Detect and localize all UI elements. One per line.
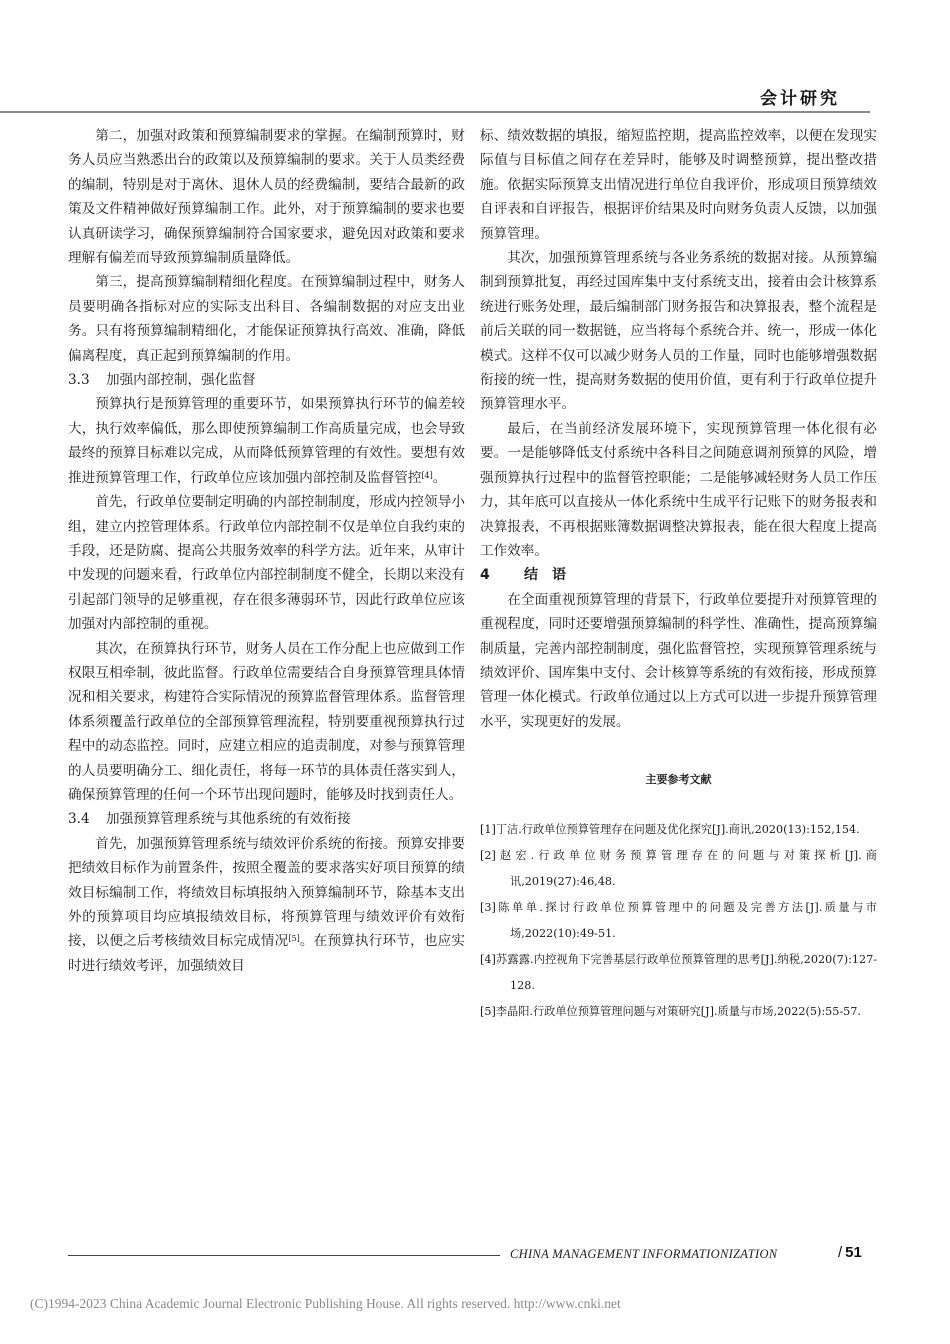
reference-item: [4]苏露露.内控视角下完善基层行政单位预算管理的思考[J].纳税,2020(7… [480,947,877,999]
section-heading-3-3: 3.3加强内部控制，强化监督 [68,368,465,392]
section-title: 结 语 [524,567,566,583]
paragraph: 标、绩效数据的填报，缩短监控期，提高监控效率，以便在发现实际值与目标值之间存在差… [480,124,877,246]
paragraph: 首先，行政单位要制定明确的内部控制制度，形成内控领导小组，建立内控管理体系。行政… [68,490,465,636]
right-column: 标、绩效数据的填报，缩短监控期，提高监控效率，以便在发现实际值与目标值之间存在差… [480,124,877,1025]
reference-item: [2]赵宏.行政单位财务预算管理存在的问题与对策探析[J].商讯,2019(27… [480,843,877,895]
journal-name: CHINA MANAGEMENT INFORMATIONIZATION [510,1247,777,1262]
section-number: 3.4 [68,807,106,831]
section-heading-3-4: 3.4加强预算管理系统与其他系统的有效衔接 [68,807,465,831]
left-column: 第二，加强对政策和预算编制要求的掌握。在编制预算时，财务人员应当熟悉出台的政策以… [68,124,465,978]
separator-bar: / [838,1244,842,1261]
copyright-notice: (C)1994-2023 China Academic Journal Elec… [30,1296,621,1312]
paragraph: 在全面重视预算管理的背景下，行政单位要提升对预算管理的重视程度，同时还要增强预算… [480,588,877,734]
section-header-title: 会计研究 [760,84,840,109]
citation-link[interactable]: [5] [288,934,299,943]
reference-item: [1]丁洁.行政单位预算管理存在问题及优化探究[J].商讯,2020(13):1… [480,817,877,843]
paragraph: 第三，提高预算编制精细化程度。在预算编制过程中，财务人员要明确各指标对应的实际支… [68,270,465,368]
references-title: 主要参考文献 [480,768,877,792]
citation-link[interactable]: [4] [421,471,432,480]
paragraph: 第二，加强对政策和预算编制要求的掌握。在编制预算时，财务人员应当熟悉出台的政策以… [68,124,465,270]
section-number: 4 [480,563,524,587]
section-heading-4: 4结 语 [480,563,877,587]
section-title: 加强内部控制，强化监督 [106,372,256,388]
reference-item: [5]李晶阳.行政单位预算管理问题与对策研究[J].质量与市场,2022(5):… [480,999,877,1025]
paragraph: 预算执行是预算管理的重要环节，如果预算执行环节的偏差较大，执行效率偏低，那么即使… [68,392,465,490]
reference-item: [3]陈单单.探讨行政单位预算管理中的问题及完善方法[J].质量与市场,2022… [480,895,877,947]
references-list: [1]丁洁.行政单位预算管理存在问题及优化探究[J].商讯,2020(13):1… [480,817,877,1025]
paragraph: 其次，在预算执行环节，财务人员在工作分配上也应做到工作权限互相牵制，彼此监督。行… [68,637,465,808]
header-divider [0,111,870,113]
page-number: /51 [838,1244,862,1261]
section-number: 3.3 [68,368,106,392]
section-title: 加强预算管理系统与其他系统的有效衔接 [106,811,351,827]
paragraph: 首先，加强预算管理系统与绩效评价系统的衔接。预算安排要把绩效目标作为前置条件，按… [68,832,465,978]
paragraph-text: 。 [433,470,447,486]
paragraph-text: 预算执行是预算管理的重要环节，如果预算执行环节的偏差较大，执行效率偏低，那么即使… [68,396,465,485]
paragraph: 其次，加强预算管理系统与各业务系统的数据对接。从预算编制到预算批复，再经过国库集… [480,246,877,417]
page-number-value: 51 [845,1244,862,1261]
footer-divider [68,1255,500,1256]
paragraph: 最后，在当前经济发展环境下，实现预算管理一体化很有必要。一是能够降低支付系统中各… [480,417,877,563]
